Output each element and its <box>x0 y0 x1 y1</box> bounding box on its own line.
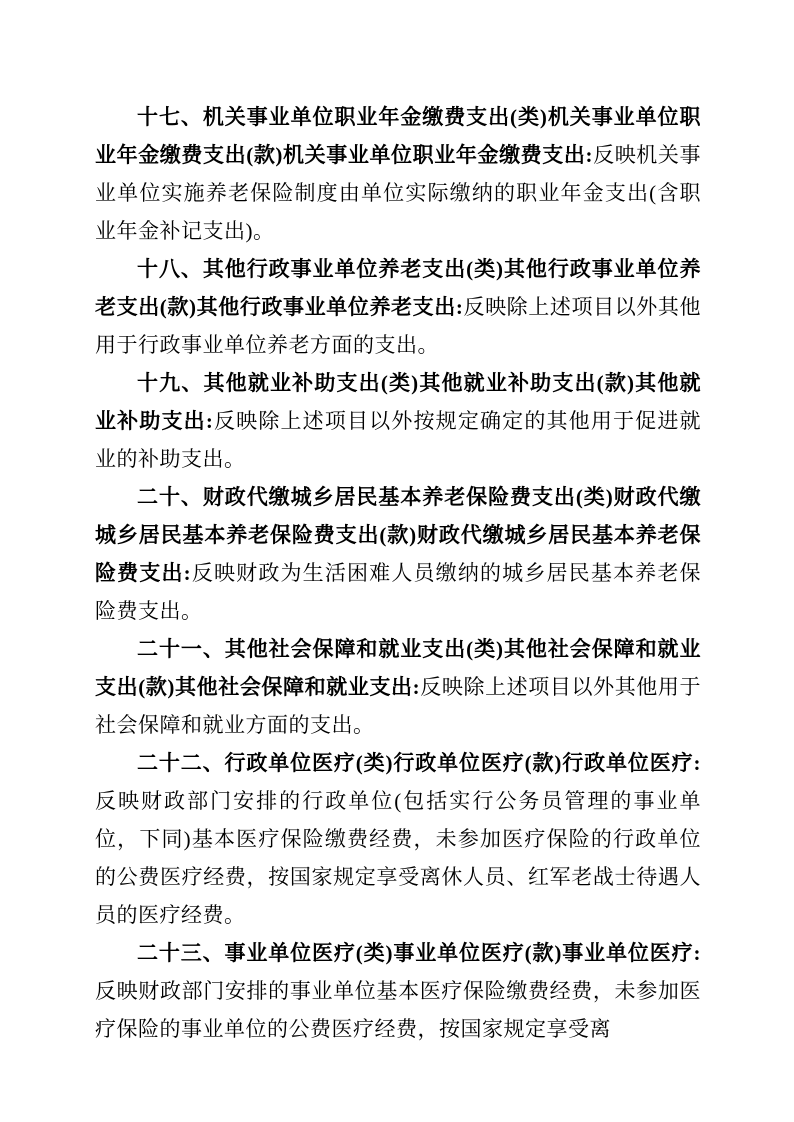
paragraph-item-22-heading: 二十二、行政单位医疗(类)行政单位医疗(款)行政单位医疗: <box>137 751 701 775</box>
paragraph-item-23-heading: 二十三、事业单位医疗(类)事业单位医疗(款)事业单位医疗: <box>137 941 701 965</box>
paragraph-item-22: 二十二、行政单位医疗(类)行政单位医疗(款)行政单位医疗:反映财政部门安排的行政… <box>95 744 701 934</box>
paragraph-item-22-body: 反映财政部门安排的行政单位(包括实行公务员管理的事业单位，下同)基本医疗保险缴费… <box>95 789 701 927</box>
paragraph-item-21: 二十一、其他社会保障和就业支出(类)其他社会保障和就业支出(款)其他社会保障和就… <box>95 630 701 744</box>
paragraph-item-23-body: 反映财政部门安排的事业单位基本医疗保险缴费经费，未参加医疗保险的事业单位的公费医… <box>95 979 701 1041</box>
paragraph-item-23: 二十三、事业单位医疗(类)事业单位医疗(款)事业单位医疗:反映财政部门安排的事业… <box>95 934 701 1048</box>
paragraph-item-19: 十九、其他就业补助支出(类)其他就业补助支出(款)其他就业补助支出:反映除上述项… <box>95 364 701 478</box>
paragraph-item-20: 二十、财政代缴城乡居民基本养老保险费支出(类)财政代缴城乡居民基本养老保险费支出… <box>95 478 701 630</box>
document-page: 十七、机关事业单位职业年金缴费支出(类)机关事业单位职业年金缴费支出(款)机关事… <box>0 0 794 1122</box>
paragraph-item-18: 十八、其他行政事业单位养老支出(类)其他行政事业单位养老支出(款)其他行政事业单… <box>95 250 701 364</box>
paragraph-item-17: 十七、机关事业单位职业年金缴费支出(类)机关事业单位职业年金缴费支出(款)机关事… <box>95 98 701 250</box>
